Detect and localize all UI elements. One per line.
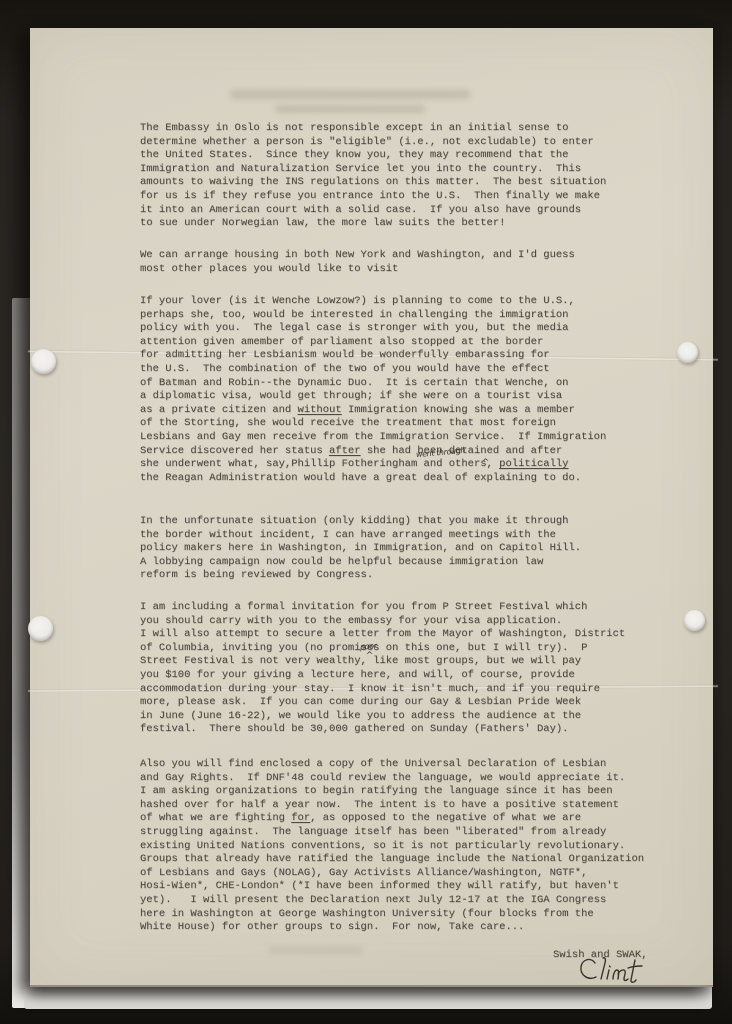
letter-paragraph-declaration: Also you will find enclosed a copy of th… bbox=[140, 758, 665, 935]
show-through-smudge bbox=[268, 946, 363, 954]
handwritten-signature bbox=[578, 954, 650, 995]
punch-hole bbox=[31, 349, 56, 374]
show-through-smudge bbox=[275, 105, 425, 113]
punch-hole bbox=[684, 610, 705, 631]
letter-paragraph-meetings: In the unfortunate situation (only kiddi… bbox=[140, 515, 665, 583]
letter-paragraph-embassy: The Embassy in Oslo is not responsible e… bbox=[140, 122, 665, 231]
punch-hole bbox=[28, 616, 53, 641]
punch-hole bbox=[677, 342, 698, 363]
show-through-smudge bbox=[230, 90, 470, 99]
letter-paragraph-invitation: I am including a formal invitation for y… bbox=[140, 601, 665, 737]
letter-paragraph-lover: If your lover (is it Wenche Lowzow?) is … bbox=[140, 295, 665, 485]
letter-paragraph-housing: We can arrange housing in both New York … bbox=[140, 249, 665, 276]
handwritten-caret: ^ bbox=[482, 458, 490, 469]
handwritten-caret: ^ bbox=[366, 651, 374, 662]
letter-page: The Embassy in Oslo is not responsible e… bbox=[30, 28, 713, 987]
signature-clint-scribble bbox=[578, 954, 650, 990]
